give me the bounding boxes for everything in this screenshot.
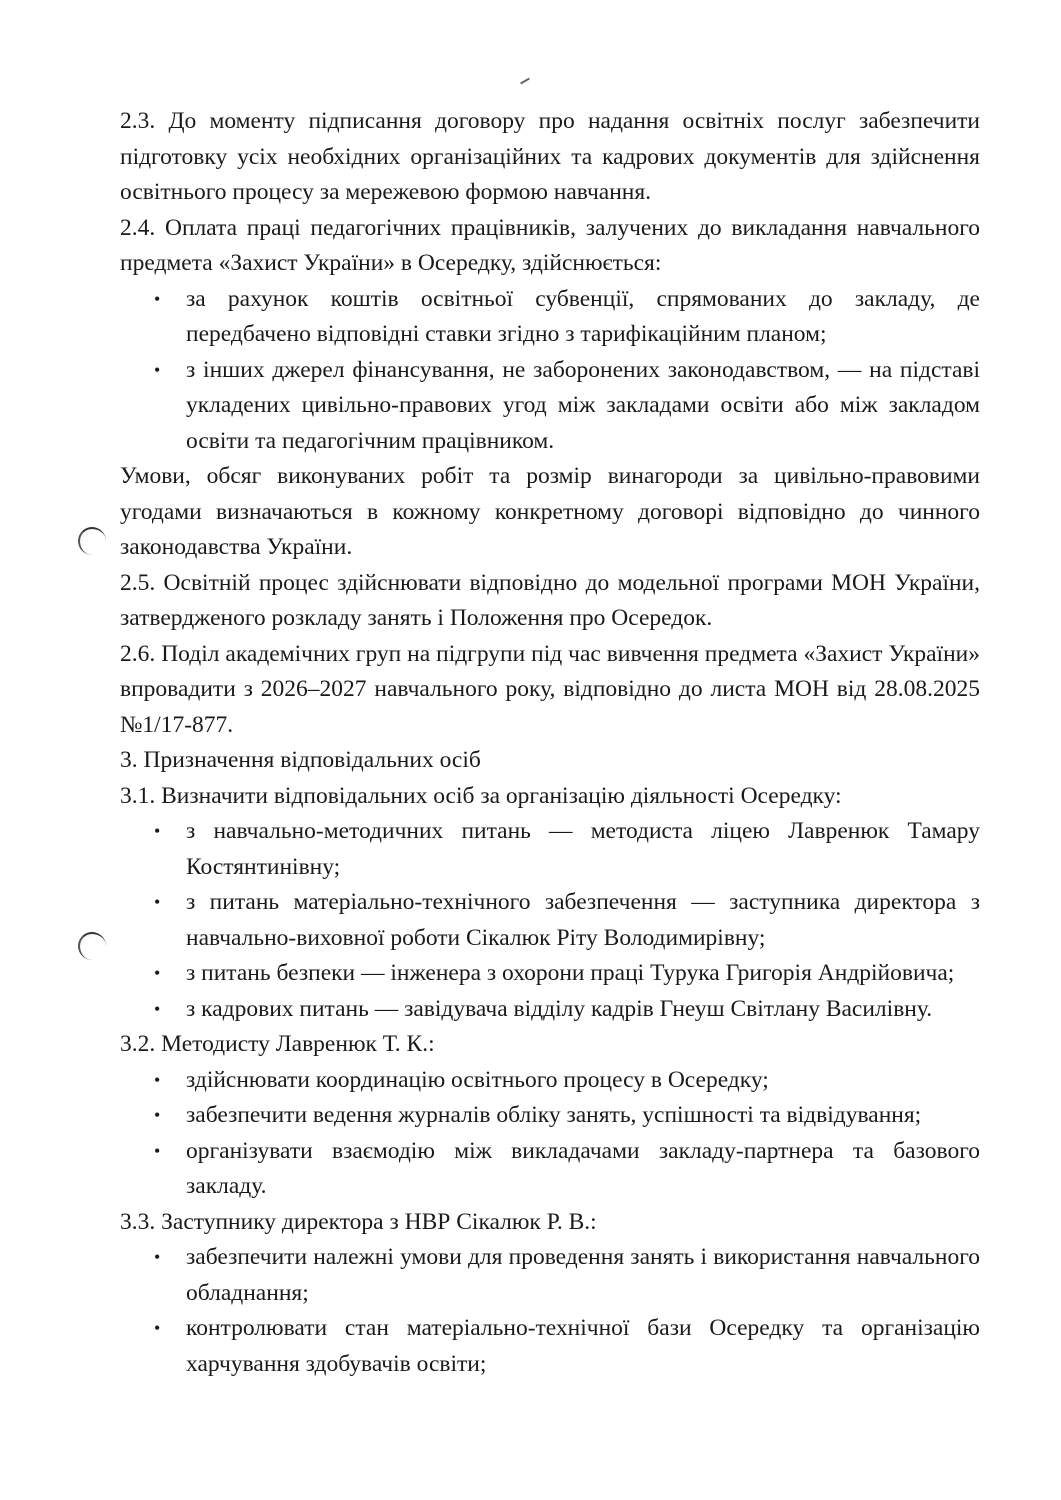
punch-hole <box>78 932 106 960</box>
paragraph-3-1: 3.1. Визначити відповідальних осіб за ор… <box>120 779 980 815</box>
list-item: •з кадрових питань — завідувача відділу … <box>186 992 980 1028</box>
paragraph-3-2: 3.2. Методисту Лавренюк Т. К.: <box>120 1027 980 1063</box>
section-3-heading: 3. Призначення відповідальних осіб <box>120 743 980 779</box>
list-3-1: •з навчально-методичних питань — методис… <box>120 814 980 1027</box>
bullet-icon: • <box>154 1134 160 1170</box>
list-item: •організувати взаємодію між викладачами … <box>186 1134 980 1205</box>
bullet-icon: • <box>154 1063 160 1099</box>
list-item: •здійснювати координацію освітнього проц… <box>186 1063 980 1099</box>
list-item: •з питань матеріально-технічного забезпе… <box>186 885 980 956</box>
list-item: •з навчально-методичних питань — методис… <box>186 814 980 885</box>
paragraph-2-4-note: Умови, обсяг виконуваних робіт та розмір… <box>120 459 980 566</box>
paragraph-2-6: 2.6. Поділ академічних груп на підгрупи … <box>120 637 980 744</box>
scan-mark <box>520 78 530 85</box>
punch-hole <box>78 527 106 555</box>
list-item: •за рахунок коштів освітньої субвенції, … <box>186 282 980 353</box>
list-item: •з інших джерел фінансування, не заборон… <box>186 353 980 460</box>
list-item: •контролювати стан матеріально-технічної… <box>186 1311 980 1382</box>
bullet-icon: • <box>154 885 160 921</box>
bullet-icon: • <box>154 1098 160 1134</box>
bullet-icon: • <box>154 814 160 850</box>
document-page: 2.3. До моменту підписання договору про … <box>120 104 980 1382</box>
list-item: •забезпечити належні умови для проведенн… <box>186 1240 980 1311</box>
paragraph-2-5: 2.5. Освітній процес здійснювати відпові… <box>120 566 980 637</box>
list-item: •з питань безпеки — інженера з охорони п… <box>186 956 980 992</box>
bullet-icon: • <box>154 353 160 389</box>
list-2-4: •за рахунок коштів освітньої субвенції, … <box>120 282 980 460</box>
paragraph-3-3: 3.3. Заступнику директора з НВР Сікалюк … <box>120 1205 980 1241</box>
bullet-icon: • <box>154 1311 160 1347</box>
paragraph-2-3: 2.3. До моменту підписання договору про … <box>120 104 980 211</box>
paragraph-2-4: 2.4. Оплата праці педагогічних працівник… <box>120 211 980 282</box>
list-3-3: •забезпечити належні умови для проведенн… <box>120 1240 980 1382</box>
bullet-icon: • <box>154 1240 160 1276</box>
list-item: •забезпечити ведення журналів обліку зан… <box>186 1098 980 1134</box>
bullet-icon: • <box>154 956 160 992</box>
bullet-icon: • <box>154 992 160 1028</box>
list-3-2: •здійснювати координацію освітнього проц… <box>120 1063 980 1205</box>
bullet-icon: • <box>154 282 160 318</box>
